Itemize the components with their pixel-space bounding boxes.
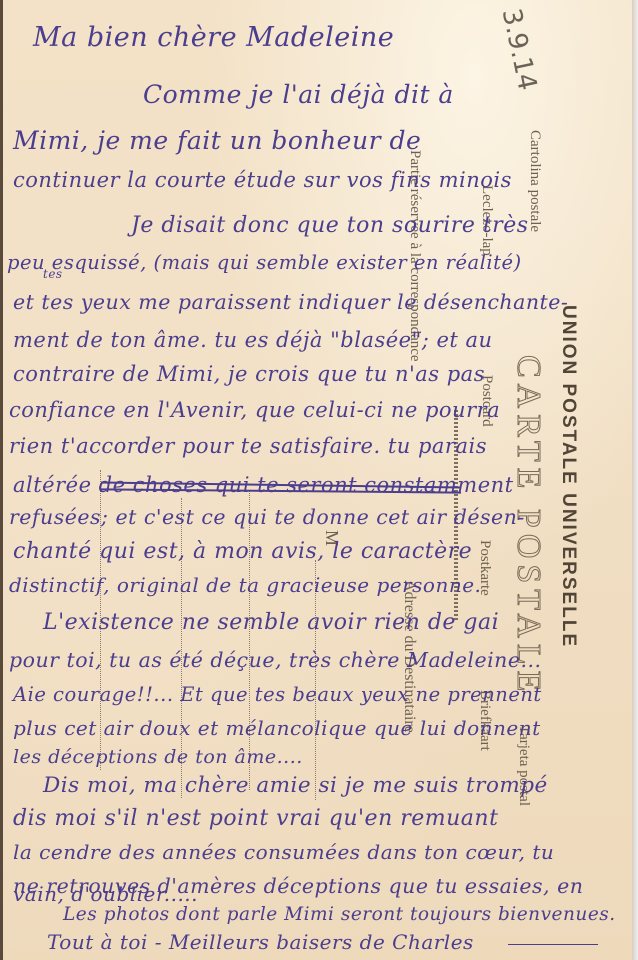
letter-line: refusées; et c'est ce qui te donne cet a…: [9, 507, 525, 528]
letter-line: Je disait donc que ton sourire très: [131, 215, 529, 237]
letter-interlinear-insert: tes: [43, 268, 63, 280]
letter-line: rien t'accorder pour te satisfaire. tu p…: [9, 436, 487, 457]
letter-signature-line: Tout à toi - Meilleurs baisers de Charle…: [47, 932, 474, 952]
letter-line: la cendre des années consumées dans ton …: [13, 842, 554, 862]
letter-line: et tes yeux me paraissent indiquer le dé…: [13, 292, 568, 313]
pencil-date: 3.9.14: [496, 6, 543, 93]
card-edge: [632, 0, 638, 960]
printed-union-postale: UNION POSTALE UNIVERSELLE: [559, 305, 578, 648]
letter-line: confiance en l'Avenir, que celui-ci ne p…: [9, 400, 500, 421]
letter-line: Dis moi, ma chère amie si je me suis tro…: [43, 775, 548, 797]
letter-line: les déceptions de ton âme....: [13, 748, 303, 767]
letter-line: ment de ton âme. tu es déjà "blasée"; et…: [13, 330, 493, 351]
letter-line: contraire de Mimi, je crois que tu n'as …: [13, 364, 485, 385]
letter-line: chanté qui est, à mon avis, le caractère: [13, 541, 472, 563]
letter-line: plus cet air doux et mélancolique que lu…: [13, 718, 541, 738]
letter-salutation: Ma bien chère Madeleine: [33, 24, 394, 51]
letter-line: L'existence ne semble avoir rien de gai: [43, 612, 499, 634]
letter-line: peu esquissé, (mais qui semble exister e…: [7, 253, 522, 273]
letter-line: continuer la courte étude sur vos fins m…: [13, 170, 512, 191]
letter-line: Mimi, je me fait un bonheur de: [13, 128, 421, 153]
letter-line: distinctif, original de ta gracieuse per…: [9, 575, 481, 595]
letter-line: Aie courage!!... Et que tes beaux yeux n…: [13, 685, 542, 705]
letter-line: Comme je l'ai déjà dit à: [143, 82, 454, 107]
letter-line: Les photos dont parle Mimi seront toujou…: [63, 906, 616, 925]
signature-flourish: [508, 944, 598, 945]
stamp-guide-line-3: [249, 490, 250, 790]
letter-line: vain, d'oublier.....: [13, 884, 198, 904]
letter-line: dis moi s'il n'est point vrai qu'en remu…: [13, 808, 498, 830]
printed-translation-cartolina: Cartolina postale: [527, 130, 542, 232]
letter-line: pour toi, tu as été déçue, très chère Ma…: [9, 650, 542, 671]
postcard-back: Partie réservée à la correspondance Adre…: [0, 0, 632, 960]
